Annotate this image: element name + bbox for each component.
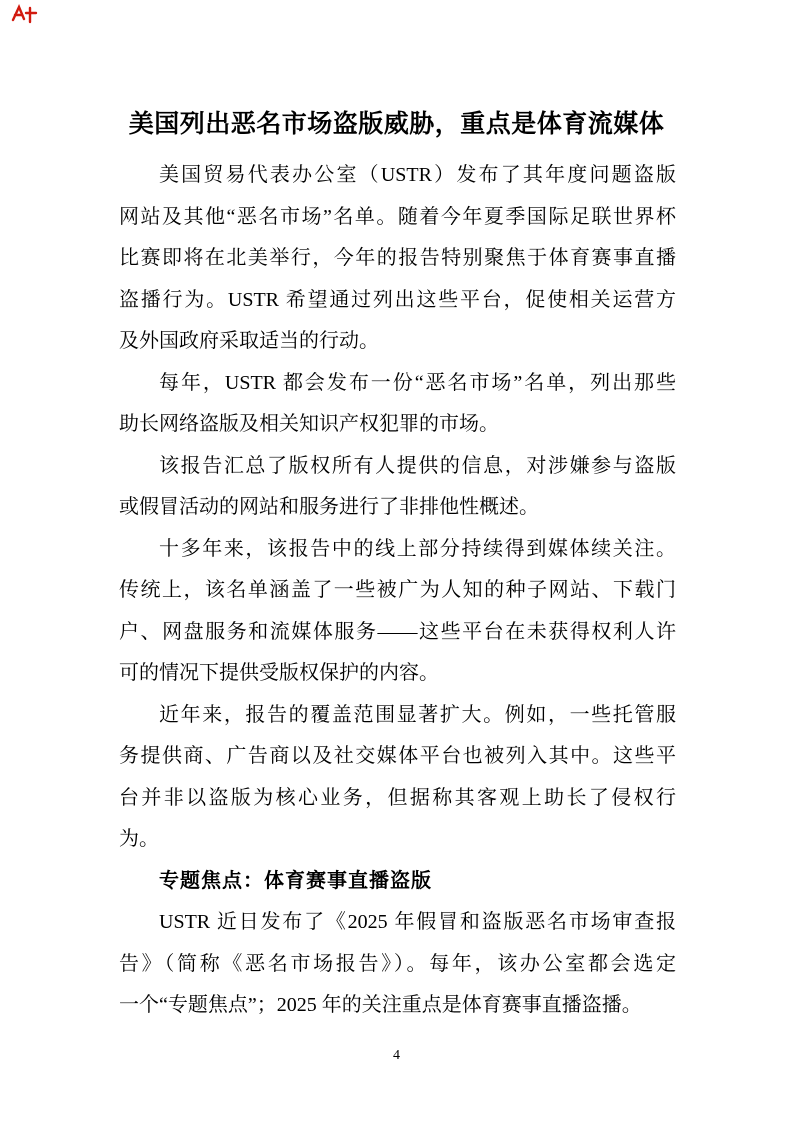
text-line: 比赛即将在北美举行，今年的报告特别聚焦于体育赛事直播 <box>119 238 676 280</box>
text-line: 为。 <box>119 819 676 861</box>
page-number: 4 <box>0 1046 793 1066</box>
text-line: 传统上，该名单涵盖了一些被广为人知的种子网站、下载门 <box>119 570 676 612</box>
text-line: 或假冒活动的网站和服务进行了非排他性概述。 <box>119 487 676 529</box>
text-line: USTR 近日发布了《2025 年假冒和盗版恶名市场审查报 <box>119 902 676 944</box>
text-line: 美国贸易代表办公室（USTR）发布了其年度问题盗版 <box>119 155 676 197</box>
text-line: 近年来，报告的覆盖范围显著扩大。例如，一些托管服 <box>119 695 676 737</box>
text-line: 务提供商、广告商以及社交媒体平台也被列入其中。这些平 <box>119 736 676 778</box>
text-line: 户、网盘服务和流媒体服务——这些平台在未获得权利人许 <box>119 612 676 654</box>
text-line: 十多年来，该报告中的线上部分持续得到媒体续关注。 <box>119 529 676 571</box>
text-line: 该报告汇总了版权所有人提供的信息，对涉嫌参与盗版 <box>119 446 676 488</box>
document-title: 美国列出恶名市场盗版威胁，重点是体育流媒体 <box>100 107 693 141</box>
text-line: 一个“专题焦点”；2025 年的关注重点是体育赛事直播盗播。 <box>119 985 676 1027</box>
text-line: 助长网络盗版及相关知识产权犯罪的市场。 <box>119 404 676 446</box>
text-line: 每年，USTR 都会发布一份“恶名市场”名单，列出那些 <box>119 363 676 405</box>
red-corner-mark <box>10 4 40 26</box>
text-line: 台并非以盗版为核心业务，但据称其客观上助长了侵权行 <box>119 778 676 820</box>
text-line: 盗播行为。USTR 希望通过列出这些平台，促使相关运营方 <box>119 280 676 322</box>
text-line: 网站及其他“恶名市场”名单。随着今年夏季国际足联世界杯 <box>119 197 676 239</box>
text-line: 告》（简称《恶名市场报告》）。每年，该办公室都会选定 <box>119 944 676 986</box>
document-page: 美国列出恶名市场盗版威胁，重点是体育流媒体 美国贸易代表办公室（USTR）发布了… <box>0 0 793 1122</box>
text-line: 可的情况下提供受版权保护的内容。 <box>119 653 676 695</box>
subheading-line: 专题焦点：体育赛事直播盗版 <box>119 861 676 903</box>
body-text: 美国贸易代表办公室（USTR）发布了其年度问题盗版网站及其他“恶名市场”名单。随… <box>119 155 676 1027</box>
text-line: 及外国政府采取适当的行动。 <box>119 321 676 363</box>
